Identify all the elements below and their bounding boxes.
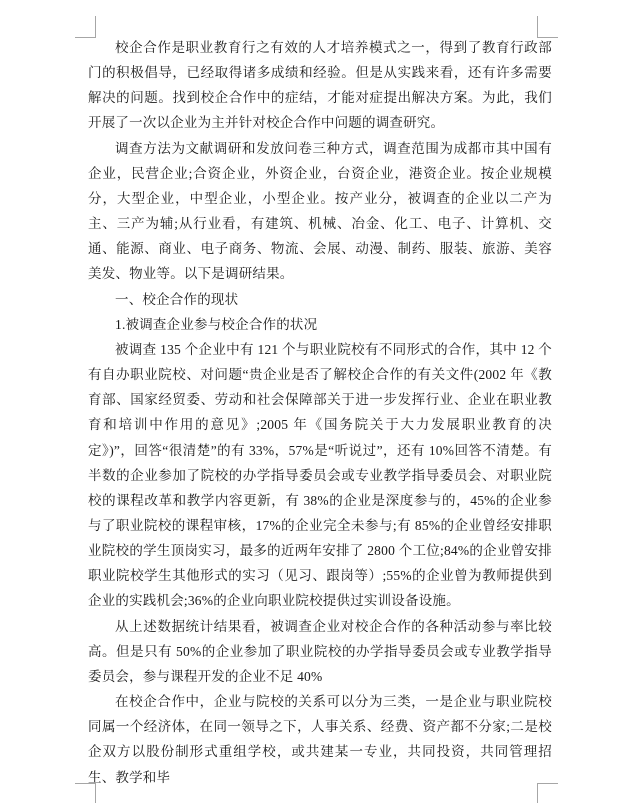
document-body: 校企合作是职业教育行之有效的人才培养模式之一，得到了教育行政部门的积极倡导，已经… (88, 35, 552, 790)
paragraph-relationship-types: 在校企合作中，企业与院校的关系可以分为三类，一是企业与职业院校同属一个经济体，在… (88, 689, 552, 790)
paragraph-survey-method: 调查方法为文献调研和发放问卷三种方式，调查范围为成都市其中国有企业，民营企业;合… (88, 136, 552, 287)
paragraph-statistics-summary: 从上述数据统计结果看，被调查企业对校企合作的各种活动参与率比较高。但是只有 50… (88, 614, 552, 689)
paragraph-intro: 校企合作是职业教育行之有效的人才培养模式之一，得到了教育行政部门的积极倡导，已经… (88, 35, 552, 136)
paragraph-survey-results: 被调查 135 个企业中有 121 个与职业院校有不同形式的合作，其中 12 个… (88, 337, 552, 614)
heading-subsection-one: 1.被调查企业参与校企合作的状况 (88, 312, 552, 337)
heading-section-one: 一、校企合作的现状 (88, 287, 552, 312)
document-page: 校企合作是职业教育行之有效的人才培养模式之一，得到了教育行政部门的积极倡导，已经… (0, 0, 635, 803)
